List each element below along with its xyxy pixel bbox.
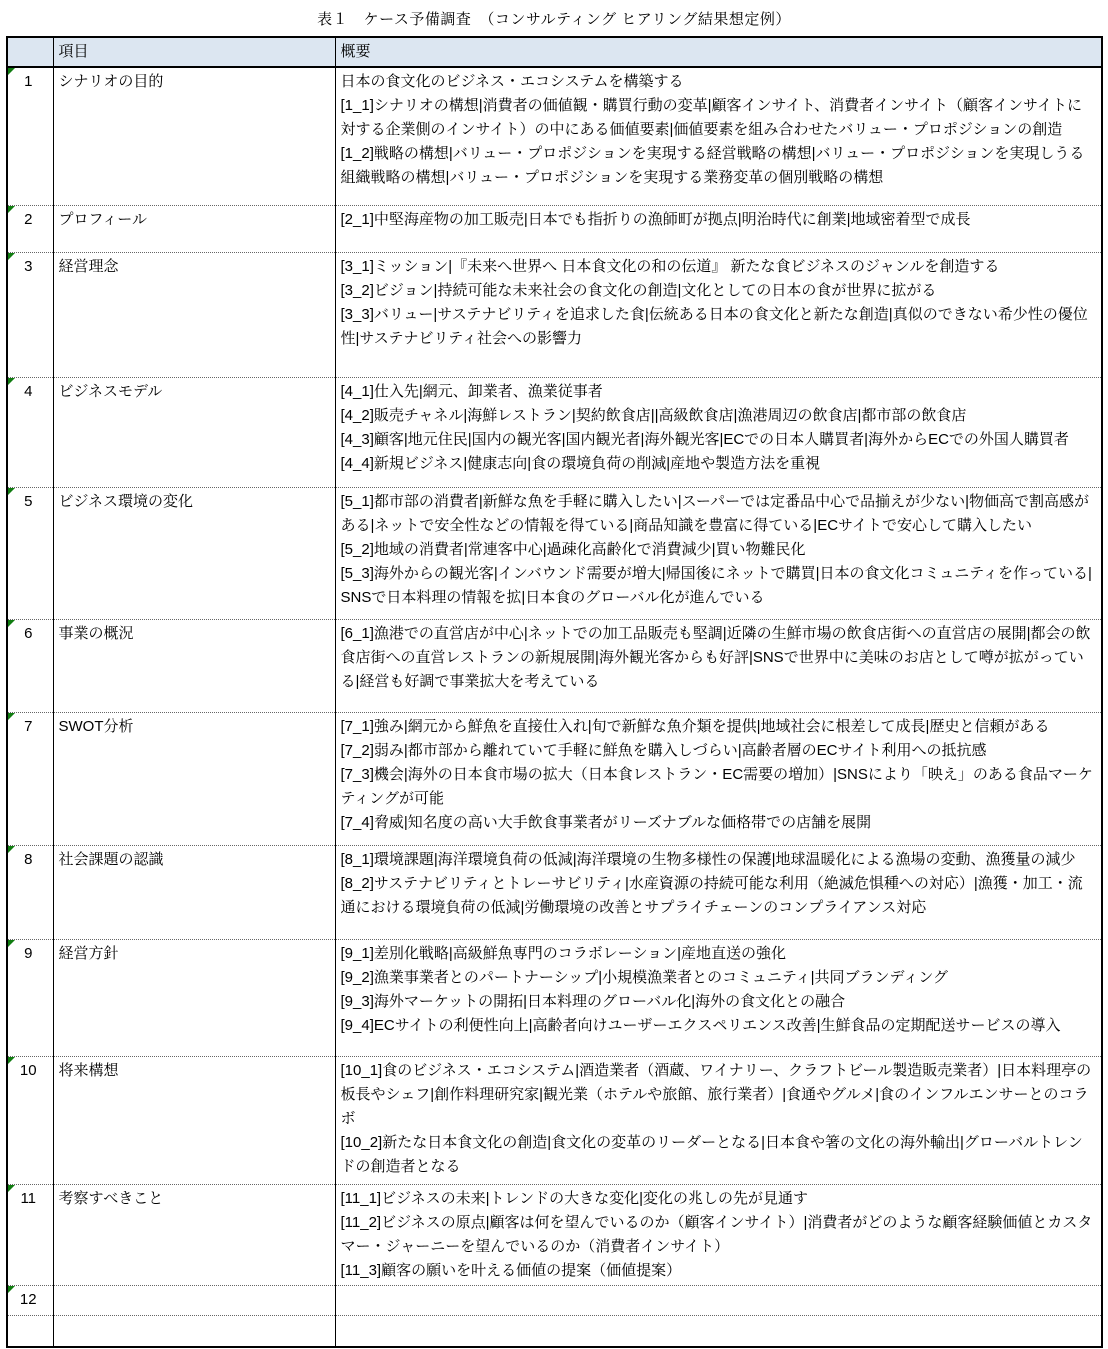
row-number-cell[interactable]: 7 [7,712,53,845]
header-row: 項目 概要 [7,37,1102,67]
row-number-cell[interactable]: 9 [7,939,53,1056]
overview-line: [11_2]ビジネスの原点|顧客は何を望んでいるのか（顧客インサイト）|消費者が… [341,1211,1097,1259]
header-cell-overview[interactable]: 概要 [335,37,1102,67]
overview-line: [8_1]環境課題|海洋環境負荷の低減|海洋環境の生物多様性の保護|地球温暖化に… [341,848,1097,872]
row-number: 4 [24,383,32,400]
overview-cell[interactable]: [6_1]漁港での直営店が中心|ネットでの加工品販売も堅調|近隣の生鮮市場の飲食… [335,619,1102,712]
table-row: 10将来構想[10_1]食のビジネス・エコシステム|酒造業者（酒蔵、ワイナリー、… [7,1056,1102,1184]
header-cell-number[interactable] [7,37,53,67]
overview-cell[interactable] [335,1315,1102,1347]
overview-cell[interactable]: [2_1]中堅海産物の加工販売|日本でも指折りの漁師町が拠点|明治時代に創業|地… [335,205,1102,252]
item-cell[interactable]: 考察すべきこと [53,1184,335,1285]
error-indicator-icon [8,206,15,213]
overview-line: [7_4]脅威|知名度の高い大手飲食事業者がリーズナブルな価格帯での店舗を展開 [341,811,1097,835]
table-row: 1シナリオの目的日本の食文化のビジネス・エコシステムを構築する[1_1]シナリオ… [7,67,1102,205]
item-cell[interactable]: シナリオの目的 [53,67,335,205]
case-survey-table: 項目 概要 1シナリオの目的日本の食文化のビジネス・エコシステムを構築する[1_… [6,36,1103,1348]
error-indicator-icon [8,253,15,260]
overview-line: [1_1]シナリオの構想|消費者の価値観・購買行動の変革|顧客インサイト、消費者… [341,94,1097,142]
overview-line: [10_1]食のビジネス・エコシステム|酒造業者（酒蔵、ワイナリー、クラフトビー… [341,1059,1097,1131]
row-number: 9 [24,945,32,962]
table-row [7,1315,1102,1347]
item-cell[interactable]: SWOT分析 [53,712,335,845]
item-cell[interactable]: 経営方針 [53,939,335,1056]
error-indicator-icon [8,68,15,75]
row-number-cell[interactable]: 3 [7,252,53,377]
error-indicator-icon [8,1057,15,1064]
item-cell[interactable]: 社会課題の認識 [53,845,335,939]
overview-line: [9_2]漁業事業者とのパートナーシップ|小規模漁業者とのコミュニティ|共同ブラ… [341,966,1097,990]
table-row: 9経営方針[9_1]差別化戦略|高級鮮魚専門のコラボレーション|産地直送の強化[… [7,939,1102,1056]
overview-line: 日本の食文化のビジネス・エコシステムを構築する [341,70,1097,94]
overview-cell[interactable]: [5_1]都市部の消費者|新鮮な魚を手軽に購入したい|スーパーでは定番品中心で品… [335,487,1102,619]
item-cell[interactable]: 事業の概況 [53,619,335,712]
table-row: 4ビジネスモデル[4_1]仕入先|網元、卸業者、漁業従事者[4_2]販売チャネル… [7,377,1102,487]
overview-line: [9_3]海外マーケットの開拓|日本料理のグローバル化|海外の食文化との融合 [341,990,1097,1014]
item-cell[interactable]: 経営理念 [53,252,335,377]
overview-line: [9_4]ECサイトの利便性向上|高齢者向けユーザーエクスペリエンス改善|生鮮食… [341,1014,1097,1038]
row-number: 3 [24,258,32,275]
overview-cell[interactable]: [7_1]強み|網元から鮮魚を直接仕入れ|旬で新鮮な魚介類を提供|地域社会に根差… [335,712,1102,845]
row-number: 6 [24,625,32,642]
overview-line: [11_1]ビジネスの未来|トレンドの大きな変化|変化の兆しの先が見通す [341,1187,1097,1211]
overview-line: [7_3]機会|海外の日本食市場の拡大（日本食レストラン・EC需要の増加）|SN… [341,763,1097,811]
overview-line: [10_2]新たな日本食文化の創造|食文化の変革のリーダーとなる|日本食や箸の文… [341,1131,1097,1179]
row-number: 10 [20,1062,37,1079]
table-row: 7SWOT分析[7_1]強み|網元から鮮魚を直接仕入れ|旬で新鮮な魚介類を提供|… [7,712,1102,845]
overview-line: [6_1]漁港での直営店が中心|ネットでの加工品販売も堅調|近隣の生鮮市場の飲食… [341,622,1097,694]
overview-line: [4_2]販売チャネル|海鮮レストラン|契約飲食店||高級飲食店|漁港周辺の飲食… [341,404,1097,428]
row-number-cell[interactable]: 1 [7,67,53,205]
item-cell[interactable]: 将来構想 [53,1056,335,1184]
overview-line: [3_1]ミッション|『未来へ世界へ 日本食文化の和の伝道』 新たな食ビジネスの… [341,255,1097,279]
table-title: 表１ ケース予備調査 （コンサルティング ヒアリング結果想定例） [0,0,1108,36]
overview-line: [8_2]サステナビリティとトレーサビリティ|水産資源の持続可能な利用（絶滅危惧… [341,872,1097,920]
overview-line: [5_3]海外からの観光客|インバウンド需要が増大|帰国後にネットで購買|日本の… [341,562,1097,610]
overview-cell[interactable]: 日本の食文化のビジネス・エコシステムを構築する[1_1]シナリオの構想|消費者の… [335,67,1102,205]
table-row: 11考察すべきこと[11_1]ビジネスの未来|トレンドの大きな変化|変化の兆しの… [7,1184,1102,1285]
table-row: 8社会課題の認識[8_1]環境課題|海洋環境負荷の低減|海洋環境の生物多様性の保… [7,845,1102,939]
table-row: 6事業の概況[6_1]漁港での直営店が中心|ネットでの加工品販売も堅調|近隣の生… [7,619,1102,712]
overview-line: [4_4]新規ビジネス|健康志向|食の環境負荷の削減|産地や製造方法を重視 [341,452,1097,476]
row-number: 8 [24,851,32,868]
row-number: 7 [24,718,32,735]
overview-line: [5_2]地域の消費者|常連客中心|過疎化高齢化で消費減少|買い物難民化 [341,538,1097,562]
error-indicator-icon [8,1185,15,1192]
overview-line: [3_2]ビジョン|持続可能な未来社会の食文化の創造|文化としての日本の食が世界… [341,279,1097,303]
overview-line: [11_3]顧客の願いを叶える価値の提案（価値提案） [341,1259,1097,1283]
overview-cell[interactable]: [8_1]環境課題|海洋環境負荷の低減|海洋環境の生物多様性の保護|地球温暖化に… [335,845,1102,939]
spreadsheet-page: 表１ ケース予備調査 （コンサルティング ヒアリング結果想定例） 項目 概要 1… [0,0,1108,1348]
overview-cell[interactable]: [4_1]仕入先|網元、卸業者、漁業従事者[4_2]販売チャネル|海鮮レストラン… [335,377,1102,487]
error-indicator-icon [8,488,15,495]
row-number-cell[interactable]: 2 [7,205,53,252]
row-number: 5 [24,493,32,510]
row-number-cell[interactable]: 4 [7,377,53,487]
row-number-cell[interactable]: 10 [7,1056,53,1184]
table-row: 2プロフィール[2_1]中堅海産物の加工販売|日本でも指折りの漁師町が拠点|明治… [7,205,1102,252]
error-indicator-icon [8,620,15,627]
overview-cell[interactable]: [9_1]差別化戦略|高級鮮魚専門のコラボレーション|産地直送の強化[9_2]漁… [335,939,1102,1056]
overview-cell[interactable]: [3_1]ミッション|『未来へ世界へ 日本食文化の和の伝道』 新たな食ビジネスの… [335,252,1102,377]
overview-line: [4_1]仕入先|網元、卸業者、漁業従事者 [341,380,1097,404]
table-row: 12 [7,1285,1102,1315]
error-indicator-icon [8,713,15,720]
table-row: 3経営理念[3_1]ミッション|『未来へ世界へ 日本食文化の和の伝道』 新たな食… [7,252,1102,377]
error-indicator-icon [8,846,15,853]
item-cell[interactable] [53,1315,335,1347]
overview-cell[interactable]: [11_1]ビジネスの未来|トレンドの大きな変化|変化の兆しの先が見通す[11_… [335,1184,1102,1285]
row-number-cell[interactable]: 11 [7,1184,53,1285]
overview-line: [3_3]バリュー|サステナビリティを追求した食|伝統ある日本の食文化と新たな創… [341,303,1097,351]
overview-line: [7_1]強み|網元から鮮魚を直接仕入れ|旬で新鮮な魚介類を提供|地域社会に根差… [341,715,1097,739]
row-number: 12 [20,1291,37,1308]
row-number-cell[interactable]: 6 [7,619,53,712]
overview-line: [7_2]弱み|都市部から離れていて手軽に鮮魚を購入しづらい|高齢者層のECサイ… [341,739,1097,763]
overview-line: [9_1]差別化戦略|高級鮮魚専門のコラボレーション|産地直送の強化 [341,942,1097,966]
table-row: 5ビジネス環境の変化[5_1]都市部の消費者|新鮮な魚を手軽に購入したい|スーパ… [7,487,1102,619]
error-indicator-icon [8,940,15,947]
item-cell[interactable] [53,1285,335,1315]
row-number-cell[interactable]: 5 [7,487,53,619]
overview-line: [2_1]中堅海産物の加工販売|日本でも指折りの漁師町が拠点|明治時代に創業|地… [341,208,1097,232]
overview-cell[interactable]: [10_1]食のビジネス・エコシステム|酒造業者（酒蔵、ワイナリー、クラフトビー… [335,1056,1102,1184]
row-number: 2 [24,211,32,228]
overview-cell[interactable] [335,1285,1102,1315]
overview-line: [4_3]顧客|地元住民|国内の観光客|国内観光者|海外観光客|ECでの日本人購… [341,428,1097,452]
error-indicator-icon [8,378,15,385]
row-number: 1 [24,73,32,90]
row-number-cell[interactable] [7,1315,53,1347]
error-indicator-icon [8,1286,15,1293]
item-cell[interactable]: プロフィール [53,205,335,252]
row-number-cell[interactable]: 12 [7,1285,53,1315]
header-cell-item[interactable]: 項目 [53,37,335,67]
overview-line: [1_2]戦略の構想|バリュー・プロポジションを実現する経営戦略の構想|バリュー… [341,142,1097,190]
overview-line: [5_1]都市部の消費者|新鮮な魚を手軽に購入したい|スーパーでは定番品中心で品… [341,490,1097,538]
row-number: 11 [20,1190,36,1207]
row-number-cell[interactable]: 8 [7,845,53,939]
item-cell[interactable]: ビジネスモデル [53,377,335,487]
item-cell[interactable]: ビジネス環境の変化 [53,487,335,619]
